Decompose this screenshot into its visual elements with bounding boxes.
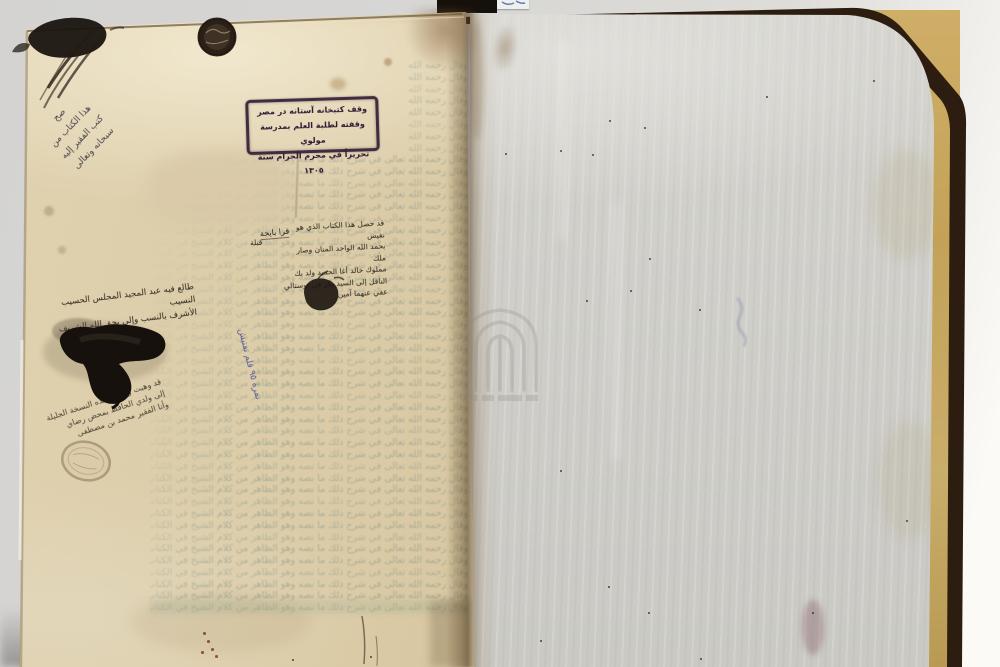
bleed-row: وقال رحمه الله تعالى في شرح ذلك ما نصه و… xyxy=(150,520,468,532)
bleed-row: وقال رحمه الله تعالى في شرح ذلك ما نصه و… xyxy=(150,378,468,390)
stain xyxy=(560,40,566,240)
bleed-row: وقال رحمه الله تعالى في شرح ذلك ما نصه و… xyxy=(150,414,468,426)
waqf-stamp: وقف كتبخانه آستانه در مصر وقفته لطلبة ال… xyxy=(245,96,380,155)
bleed-row: وقال رحمه الله تعالى في شرح ذلك ما نصه و… xyxy=(150,237,468,249)
bleed-row: وقال رحمه الله تعالى في شرح ذلك ما نصه و… xyxy=(150,437,468,449)
bleed-row: وقال رحمه الله تعالى في شرح ذلك ما نصه و… xyxy=(150,366,468,378)
bleed-row: وقال رحمه الله تعالى في شرح ذلك ما نصه و… xyxy=(150,590,468,602)
bleed-row: وقال رحمه الله تعالى في شرح ذلك ما نصه و… xyxy=(150,602,468,614)
bleed-row: وقال رحمه الله تعالى في شرح ذلك ما نصه و… xyxy=(150,532,468,544)
bleed-row: وقال رحمه الله تعالى في شرح ذلك ما نصه و… xyxy=(150,461,468,473)
stain xyxy=(384,58,392,66)
gutter-stain xyxy=(406,8,476,70)
bleed-row: وقال رحمه الله تعالى في شرح ذلك ما نصه و… xyxy=(150,260,468,272)
inscription-line: كتب الفقير إليه xyxy=(21,74,145,202)
stain xyxy=(44,206,54,216)
bleed-row: وقال رحمه الله تعالى في شرح ذلك ما نصه و… xyxy=(150,508,468,520)
stain xyxy=(878,420,938,540)
bleed-row: وقال رحمه الله تعالى في شرح ذلك ما نصه و… xyxy=(150,331,468,343)
bleed-row: وقال رحمه الله تعالى في شرح ذلك ما نصه و… xyxy=(150,496,468,508)
inscription-line: هذا الكتاب من xyxy=(9,63,133,191)
inscription-line: سبحانه وتعالى xyxy=(32,85,156,213)
bleed-row: وقال رحمه الله تعالى في شرح ذلك ما نصه و… xyxy=(150,402,468,414)
stain xyxy=(58,246,66,254)
bleed-row: وقال رحمه الله تعالى في شرح ذلك ما نصه و… xyxy=(150,248,468,260)
bleed-row: وقال رحمه الله تعالى في شرح ذلك ما نصه و… xyxy=(150,390,468,402)
bleed-row: وقال رحمه الله تعالى في شرح ذلك ما نصه و… xyxy=(150,579,468,591)
bleed-row: وقال رحمه الله تعالى في شرح ذلك ما نصه و… xyxy=(150,307,468,319)
stamp-line: وقفته لطلبة العلم بمدرسة مولوي xyxy=(249,116,377,150)
inscription-line: إلى ولدي الحافظ بمحض رضاي xyxy=(35,388,166,441)
stamp-line: تحريراً في محرم الحرام سنة ١٣٠٥ xyxy=(250,146,378,180)
bleed-row: وقال رحمه الله تعالى في شرح ذلك ما نصه و… xyxy=(150,484,468,496)
stain xyxy=(612,200,620,460)
manuscript-photo: وقال رحمه الله تعالى في شرح ذلك ما نصه و… xyxy=(0,0,1000,667)
bleed-row: وقال رحمه الله تعالى في شرح ذلك ما نصه و… xyxy=(150,355,468,367)
stain xyxy=(802,600,824,655)
bleed-row: وقال رحمه الله تعالى في شرح ذلك ما نصه و… xyxy=(150,425,468,437)
bleed-row: وقال رحمه الله تعالى في شرح ذلك ما نصه و… xyxy=(150,473,468,485)
bleed-row: وقال رحمه الله تعالى في شرح ذلك ما نصه و… xyxy=(150,555,468,567)
bleed-row: وقال رحمه الله تعالى في شرح ذلك ما نصه و… xyxy=(150,284,468,296)
bleed-row: وقال رحمه الله تعالى في شرح ذلك ما نصه و… xyxy=(150,543,468,555)
bleed-row: وقال رحمه الله تعالى في شرح ذلك ما نصه و… xyxy=(150,343,468,355)
stain xyxy=(872,150,942,260)
bleed-row: وقال رحمه الله تعالى في شرح ذلك ما نصه و… xyxy=(150,319,468,331)
bleed-row: وقال رحمه الله تعالى في شرح ذلك ما نصه و… xyxy=(150,296,468,308)
bleed-row: وقال رحمه الله تعالى في شرح ذلك ما نصه و… xyxy=(150,272,468,284)
stain xyxy=(330,78,346,90)
bleed-row: وقال رحمه الله تعالى في شرح ذلك ما نصه و… xyxy=(150,449,468,461)
bleed-row: وقال رحمه الله تعالى في شرح ذلك ما نصه و… xyxy=(150,567,468,579)
spine-label-tab xyxy=(497,0,529,9)
gutter-shadow xyxy=(446,12,482,667)
inscription-line: قد وهبت وملكت هذه النسخة الجليلة xyxy=(32,376,163,429)
